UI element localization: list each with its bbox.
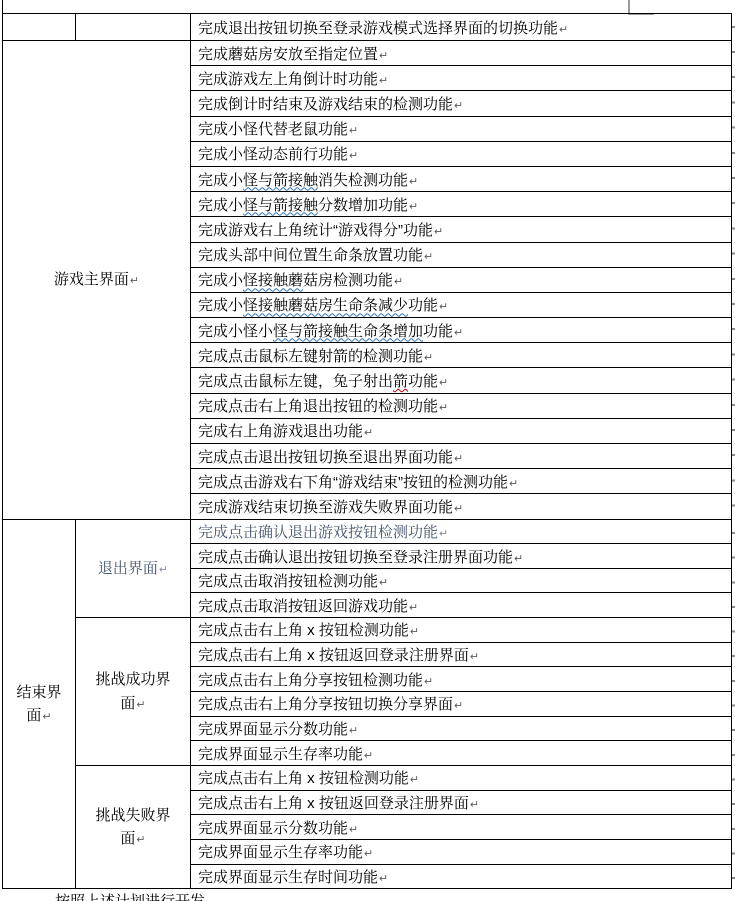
grammar-flagged-text: 怪接触蘑 [243, 272, 303, 289]
grammar-flagged-text: 怪与箭接触生命条增加 [273, 323, 423, 340]
task-text: 完成点击右上角 x 按钮返回登录注册界面 [198, 795, 469, 812]
task-cell: 完成点击右上角 x 按钮返回登录注册界面↵ [191, 642, 732, 667]
pilcrow-mark: ↵ [409, 201, 418, 213]
task-cell: 完成游戏左上角倒计时功能↵ [191, 66, 732, 91]
task-row: 挑战失败界面↵ 完成点击右上角 x 按钮检测功能↵ [3, 765, 732, 790]
task-text: 完成退出按钮切换至登录游戏模式选择界面的切换功能 [198, 20, 558, 37]
task-cell: 完成点击鼠标左键射箭的检测功能↵ [191, 343, 732, 368]
pilcrow-mark: ↵ [364, 427, 373, 439]
pilcrow-mark: ↵ [379, 50, 388, 62]
task-cell: 完成右上角游戏退出功能↵ [191, 418, 732, 443]
task-text: 完成点击取消按钮返回游戏功能 [198, 598, 408, 615]
task-cell: 完成小怪与箭接触分数增加功能↵ [191, 192, 732, 217]
task-text: 完成点击右上角 x 按钮返回登录注册界面 [198, 647, 469, 664]
task-cell: 完成小怪接触蘑菇房生命条减少功能↵ [191, 292, 732, 317]
pilcrow-mark: ↵ [434, 226, 443, 238]
task-cell: 完成点击取消按钮检测功能↵ [191, 568, 732, 593]
pilcrow-mark: ↵ [409, 602, 418, 614]
task-row: 完成退出按钮切换至登录游戏模式选择界面的切换功能↵ [3, 14, 732, 41]
pilcrow-mark: ↵ [424, 352, 433, 364]
task-text: 完成小怪动态前行功能 [198, 146, 348, 163]
task-text: 完成点击右上角 x 按钮检测功能 [198, 770, 409, 787]
pilcrow-mark: ↵ [439, 528, 448, 540]
task-text: 完成界面显示生存率功能 [198, 844, 363, 861]
pilcrow-mark: ↵ [410, 774, 419, 786]
task-cell: 完成点击确认退出游戏按钮检测功能↵ [191, 519, 732, 544]
grammar-flagged-text: 怪与箭接触 [243, 197, 318, 214]
task-cell: 完成点击右上角退出按钮的检测功能↵ [191, 393, 732, 418]
section-label-main-interface: 游戏主界面↵ [3, 41, 191, 520]
pilcrow-mark: ↵ [136, 699, 145, 711]
task-cell: 完成点击右上角分享按钮切换分享界面↵ [191, 692, 732, 717]
task-text: 完成点击确认退出按钮切换至登录注册界面功能 [198, 549, 513, 566]
task-cell: 完成界面显示生存率功能↵ [191, 741, 732, 766]
task-cell: 完成界面显示生存率功能↵ [191, 839, 732, 864]
pilcrow-mark: ↵ [379, 577, 388, 589]
word-document-page: 完成退出按钮切换至登录游戏模式选择界面的切换功能↵ 游戏主界面↵ 完成蘑菇房安放… [0, 0, 735, 901]
task-cell: 完成倒计时结束及游戏结束的检测功能↵ [191, 91, 732, 116]
task-cell: 完成点击鼠标左键，兔子射出箭功能↵ [191, 368, 732, 393]
pilcrow-mark: ↵ [364, 750, 373, 762]
task-row: 挑战成功界面↵ 完成点击右上角 x 按钮检测功能↵ [3, 618, 732, 643]
task-cell: 完成小怪接触蘑菇房检测功能↵ [191, 267, 732, 292]
pilcrow-mark: ↵ [454, 453, 463, 465]
subsection-label-challenge-fail: 挑战失败界面↵ [76, 765, 191, 888]
pilcrow-mark: ↵ [439, 402, 448, 414]
task-cell: 完成点击退出按钮切换至退出界面功能↵ [191, 444, 732, 469]
pilcrow-mark: ↵ [559, 24, 568, 36]
task-text: 完成蘑菇房安放至指定位置 [198, 46, 378, 63]
pilcrow-mark: ↵ [130, 275, 139, 287]
table-left-border-sliver [2, 0, 3, 13]
pilcrow-mark: ↵ [42, 711, 51, 723]
task-cell: 完成点击右上角 x 按钮返回登录注册界面↵ [191, 790, 732, 815]
task-text: 功能 [408, 373, 438, 390]
task-text: 完成游戏结束切换至游戏失败界面功能 [198, 499, 453, 516]
task-cell: 完成界面显示分数功能↵ [191, 815, 732, 840]
task-text: 完成点击游戏右下角“游戏结束”按钮的检测功能 [198, 474, 508, 491]
pilcrow-mark: ↵ [136, 834, 145, 846]
spelling-flagged-text: 箭 [393, 373, 408, 390]
task-text: 完成界面显示生存率功能 [198, 746, 363, 763]
task-cell: 完成小怪与箭接触消失检测功能↵ [191, 166, 732, 191]
pilcrow-mark: ↵ [470, 651, 479, 663]
task-cell: 完成小怪代替老鼠功能↵ [191, 116, 732, 141]
task-cell: 完成退出按钮切换至登录游戏模式选择界面的切换功能↵ [191, 14, 732, 41]
requirements-table: 完成退出按钮切换至登录游戏模式选择界面的切换功能↵ 游戏主界面↵ 完成蘑菇房安放… [2, 13, 732, 889]
task-cell: 完成头部中间位置生命条放置功能↵ [191, 242, 732, 267]
task-text: 完成小 [198, 172, 243, 189]
subsection-label-text: 挑战失败界面 [95, 807, 170, 847]
pilcrow-mark: ↵ [454, 700, 463, 712]
task-row: 游戏主界面↵ 完成蘑菇房安放至指定位置↵ [3, 41, 732, 66]
task-text: 完成界面显示分数功能 [198, 721, 348, 738]
grammar-flagged-text: 怪接触蘑菇房生命条减少 [243, 297, 408, 314]
task-cell: 完成小怪动态前行功能↵ [191, 141, 732, 166]
pilcrow-mark: ↵ [424, 251, 433, 263]
empty-cell [3, 14, 76, 41]
pilcrow-mark: ↵ [410, 626, 419, 638]
task-cell: 完成点击游戏右下角“游戏结束”按钮的检测功能↵ [191, 469, 732, 494]
grammar-flagged-text: 怪与箭接触 [243, 172, 318, 189]
task-cell: 完成游戏右上角统计“游戏得分”功能↵ [191, 217, 732, 242]
task-cell: 完成游戏结束切换至游戏失败界面功能↵ [191, 494, 732, 519]
task-text: 完成小怪代替老鼠功能 [198, 121, 348, 138]
task-text: 完成小怪小 [198, 323, 273, 340]
pilcrow-mark: ↵ [454, 100, 463, 112]
section-label-end-interface: 结束界面↵ [3, 519, 76, 889]
task-text: 完成游戏右上角统计“游戏得分”功能 [198, 222, 433, 239]
pilcrow-mark: ↵ [454, 503, 463, 515]
pilcrow-mark: ↵ [394, 276, 403, 288]
task-text: 完成点击右上角退出按钮的检测功能 [198, 398, 438, 415]
task-text: 功能 [408, 297, 438, 314]
task-text: 完成点击退出按钮切换至退出界面功能 [198, 449, 453, 466]
task-text: 完成点击取消按钮检测功能 [198, 573, 378, 590]
pilcrow-mark: ↵ [454, 327, 463, 339]
task-text: 完成小 [198, 297, 243, 314]
task-text: 菇房检测功能 [303, 272, 393, 289]
task-text: 完成界面显示分数功能 [198, 820, 348, 837]
task-text: 完成小 [198, 197, 243, 214]
task-text: 完成点击右上角分享按钮切换分享界面 [198, 696, 453, 713]
task-cell: 完成点击右上角 x 按钮检测功能↵ [191, 618, 732, 643]
pilcrow-mark: ↵ [439, 301, 448, 313]
section-label-text: 结束界面 [16, 684, 61, 724]
pilcrow-mark: ↵ [349, 125, 358, 137]
task-text: 完成界面显示生存时间功能 [198, 869, 378, 886]
pilcrow-mark: ↵ [379, 873, 388, 885]
pilcrow-mark: ↵ [509, 478, 518, 490]
pilcrow-mark: ↵ [349, 824, 358, 836]
pilcrow-mark: ↵ [470, 799, 479, 811]
subsection-label-exit-interface: 退出界面↵ [76, 519, 191, 618]
pilcrow-mark: ↵ [159, 564, 168, 576]
task-text: 分数增加功能 [318, 197, 408, 214]
task-cell: 完成界面显示生存时间功能↵ [191, 864, 732, 889]
task-text: 完成倒计时结束及游戏结束的检测功能 [198, 96, 453, 113]
task-text: 功能 [423, 323, 453, 340]
task-text: 完成点击鼠标左键，兔子射出 [198, 373, 393, 390]
task-cell: 完成点击确认退出按钮切换至登录注册界面功能↵ [191, 544, 732, 569]
subsection-label-challenge-success: 挑战成功界面↵ [76, 618, 191, 766]
task-cell: 完成蘑菇房安放至指定位置↵ [191, 41, 732, 66]
subsection-label-text: 退出界面 [98, 560, 158, 577]
pilcrow-mark: ↵ [364, 848, 373, 860]
task-text: 完成头部中间位置生命条放置功能 [198, 247, 423, 264]
task-text: 完成点击确认退出游戏按钮检测功能 [198, 524, 438, 541]
pilcrow-mark: ↵ [424, 676, 433, 688]
pilcrow-mark: ↵ [379, 75, 388, 87]
subsection-label-text: 挑战成功界面 [95, 671, 170, 711]
task-text: 完成点击右上角 x 按钮检测功能 [198, 622, 409, 639]
section-label-text: 游戏主界面 [54, 271, 129, 288]
clipped-paragraph-text: 按照上述计划进行开发 [55, 893, 205, 901]
pilcrow-mark: ↵ [349, 725, 358, 737]
task-text: 完成右上角游戏退出功能 [198, 423, 363, 440]
task-cell: 完成界面显示分数功能↵ [191, 716, 732, 741]
pilcrow-mark: ↵ [514, 553, 523, 565]
pilcrow-mark: ↵ [409, 176, 418, 188]
empty-cell [76, 14, 191, 41]
task-text: 完成点击鼠标左键射箭的检测功能 [198, 348, 423, 365]
task-cell: 完成小怪小怪与箭接触生命条增加功能↵ [191, 318, 732, 343]
pilcrow-mark: ↵ [349, 150, 358, 162]
task-row: 结束界面↵ 退出界面↵ 完成点击确认退出游戏按钮检测功能↵ [3, 519, 732, 544]
task-cell: 完成点击取消按钮返回游戏功能↵ [191, 593, 732, 618]
task-text: 完成点击右上角分享按钮检测功能 [198, 672, 423, 689]
task-text: 完成游戏左上角倒计时功能 [198, 71, 378, 88]
pilcrow-mark: ↵ [439, 377, 448, 389]
task-cell: 完成点击右上角 x 按钮检测功能↵ [191, 765, 732, 790]
task-text: 消失检测功能 [318, 172, 408, 189]
task-text: 完成小 [198, 272, 243, 289]
task-cell: 完成点击右上角分享按钮检测功能↵ [191, 667, 732, 692]
